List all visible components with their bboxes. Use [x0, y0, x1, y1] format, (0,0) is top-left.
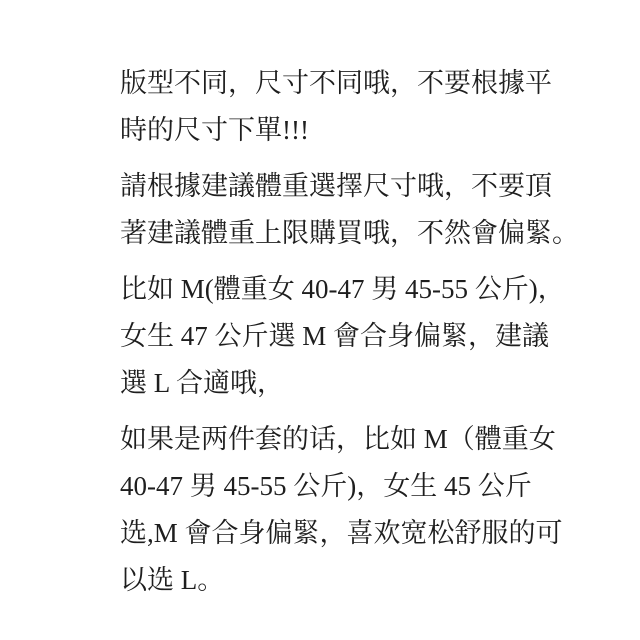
text-line: 选,M 會合身偏緊，喜欢宽松舒服的可 — [120, 510, 550, 557]
text-line: 著建議體重上限購買哦，不然會偏緊。 — [120, 210, 550, 257]
paragraph-example-two-piece: 如果是两件套的话，比如 M（體重女 40-47 男 45-55 公斤)，女生 4… — [120, 416, 550, 604]
text-line: 女生 47 公斤選 M 會合身偏緊，建議 — [120, 313, 550, 360]
text-line: 版型不同，尺寸不同哦，不要根據平 — [120, 60, 550, 107]
text-line: 選 L 合適哦， — [120, 360, 550, 407]
paragraph-example-size-m: 比如 M(體重女 40-47 男 45-55 公斤)， 女生 47 公斤選 M … — [120, 266, 550, 407]
paragraph-weight-based-advice: 請根據建議體重選擇尺寸哦，不要頂 著建議體重上限購買哦，不然會偏緊。 — [120, 163, 550, 257]
text-line: 時的尺寸下單!!! — [120, 107, 550, 154]
text-line: 以选 L。 — [120, 557, 550, 604]
text-line: 40-47 男 45-55 公斤)，女生 45 公斤 — [120, 463, 550, 510]
product-sizing-note-image: 版型不同，尺寸不同哦，不要根據平 時的尺寸下單!!! 請根據建議體重選擇尺寸哦，… — [0, 0, 640, 640]
paragraph-size-chart-warning: 版型不同，尺寸不同哦，不要根據平 時的尺寸下單!!! — [120, 60, 550, 154]
text-line: 請根據建議體重選擇尺寸哦，不要頂 — [120, 163, 550, 210]
text-line: 如果是两件套的话，比如 M（體重女 — [120, 416, 550, 463]
size-advice-text: 版型不同，尺寸不同哦，不要根據平 時的尺寸下單!!! 請根據建議體重選擇尺寸哦，… — [120, 60, 550, 613]
text-line: 比如 M(體重女 40-47 男 45-55 公斤)， — [120, 266, 550, 313]
